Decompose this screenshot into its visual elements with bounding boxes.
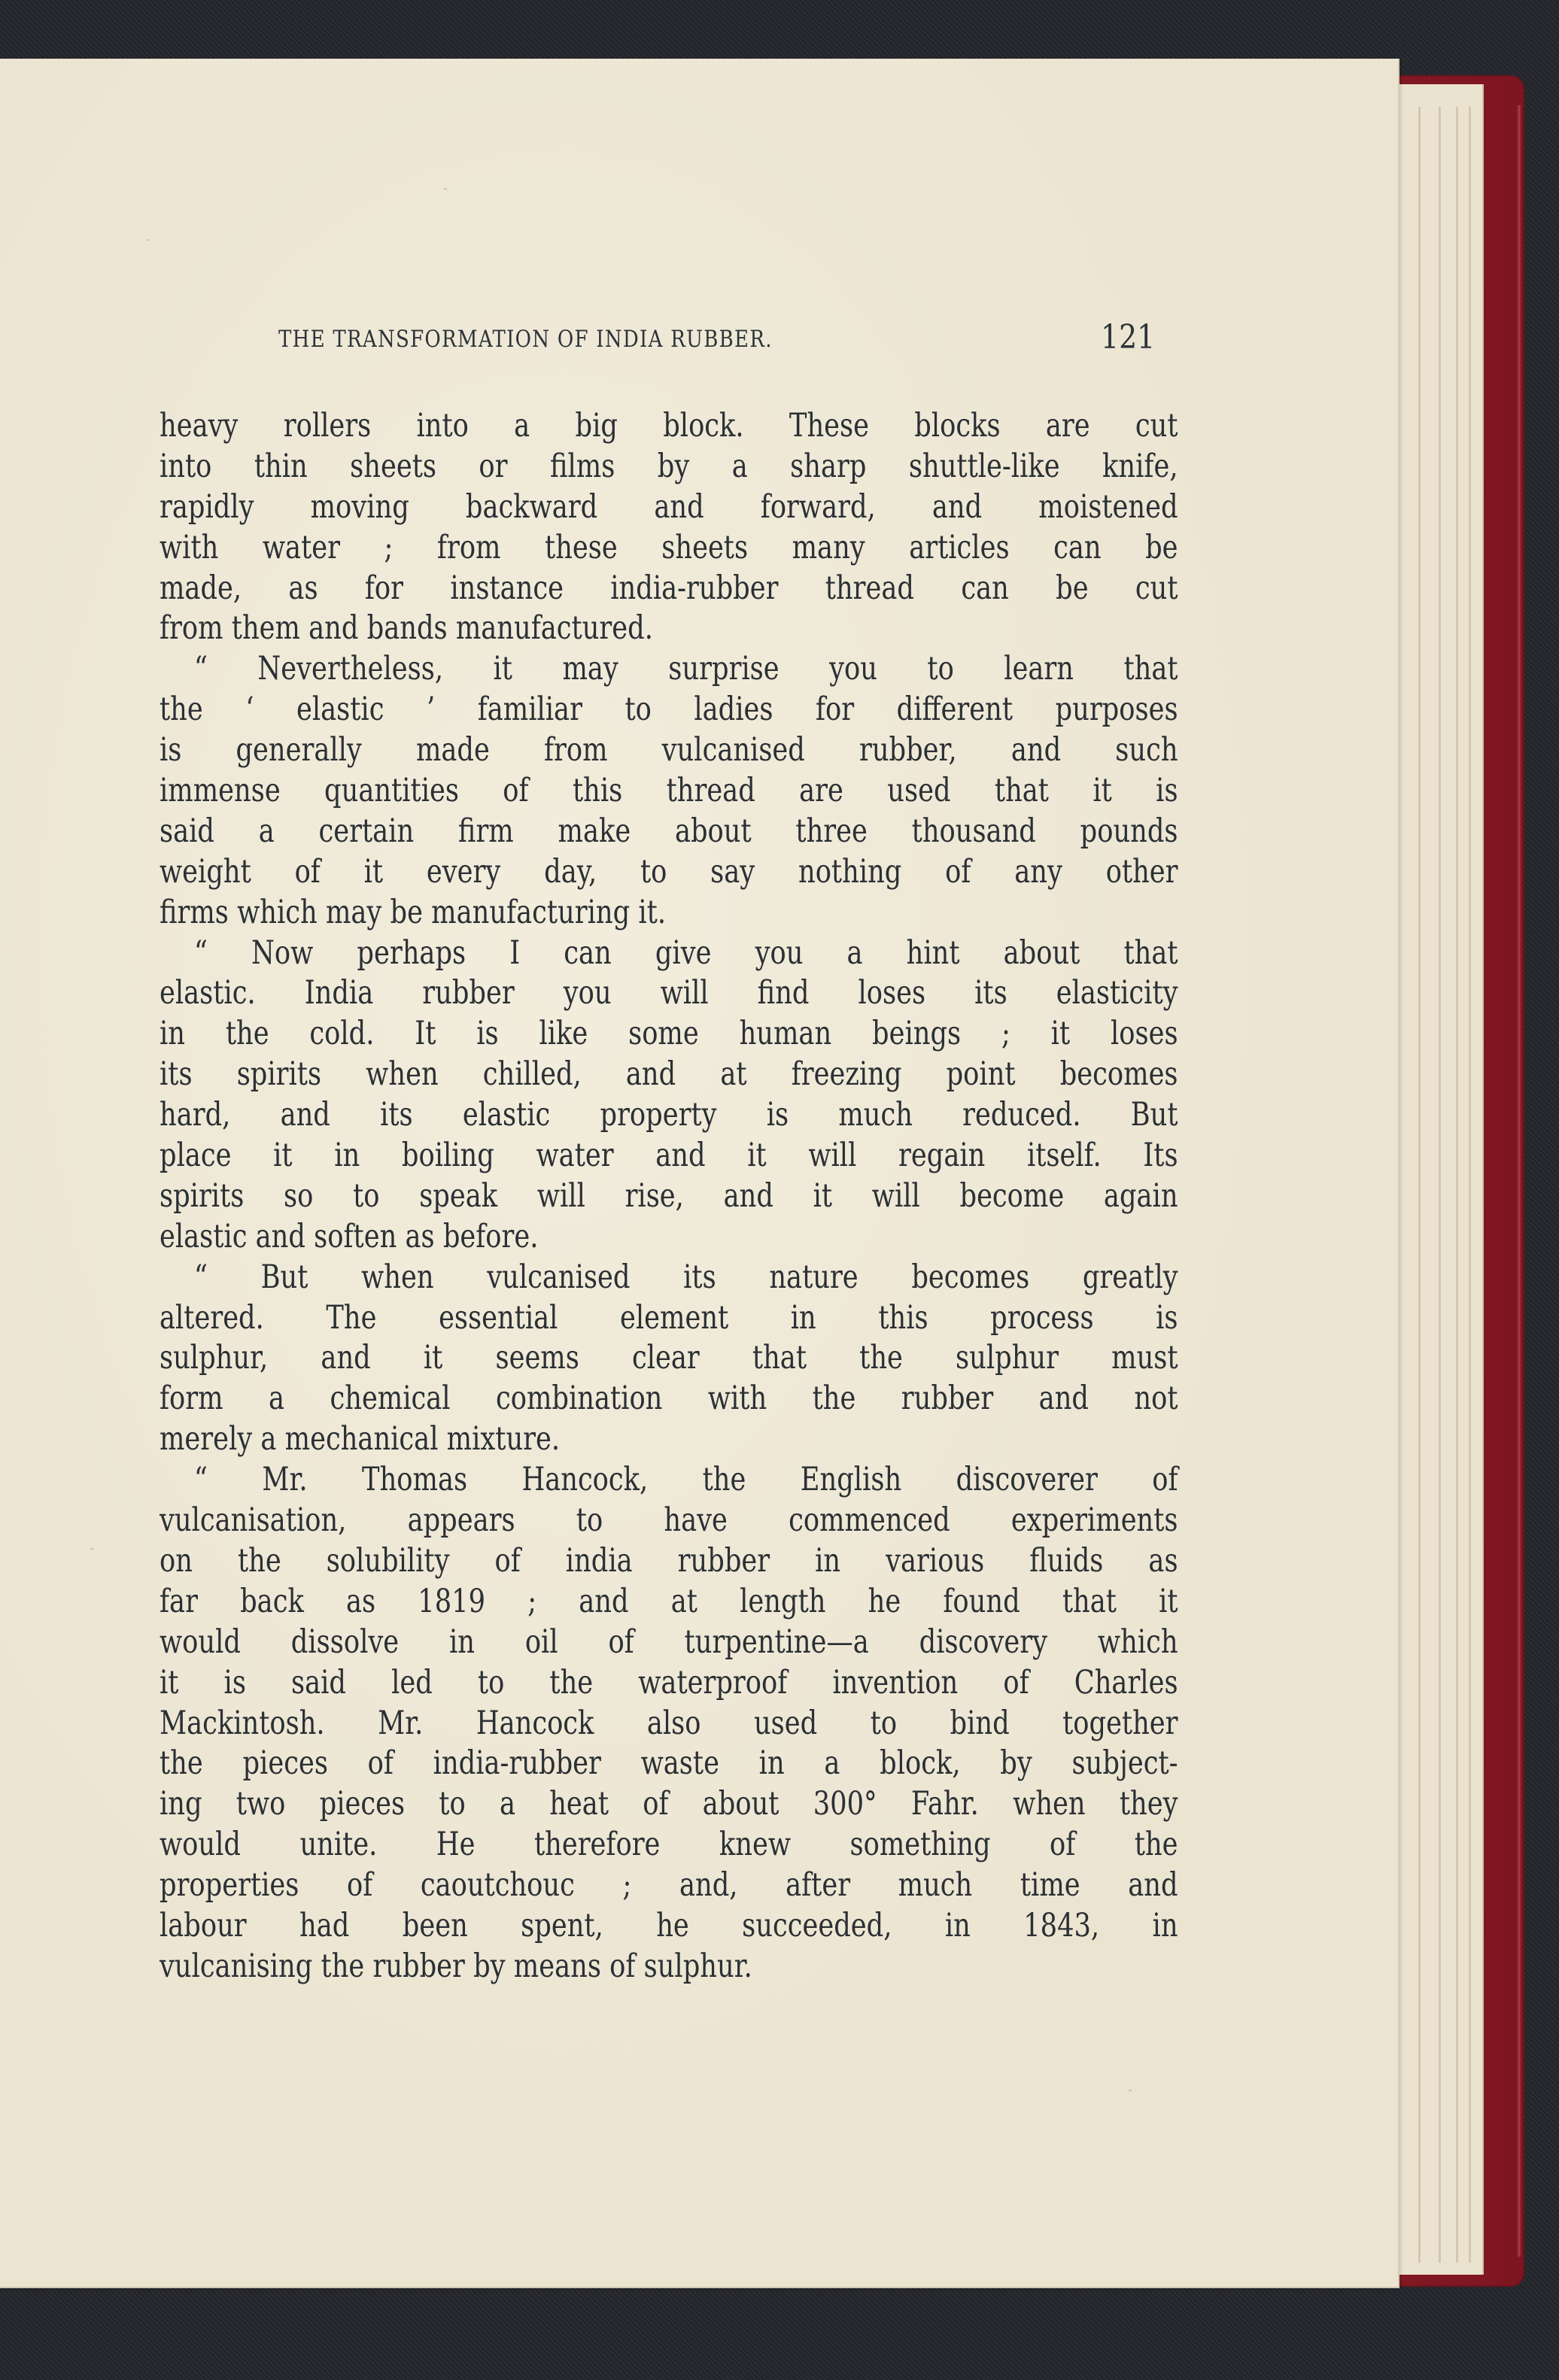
text-line: elastic. India rubber you will find lose… <box>160 973 1178 1014</box>
text-line: immense quantities of this thread are us… <box>160 771 1178 812</box>
paragraph: “ But when vulcanised its nature becomes… <box>160 1258 1178 1460</box>
text-line: said a certain firm make about three tho… <box>160 812 1178 852</box>
running-head: THE TRANSFORMATION OF INDIA RUBBER. 121 <box>278 318 1181 363</box>
text-line: into thin sheets or films by a sharp shu… <box>160 447 1178 487</box>
text-line: Mackintosh. Mr. Hancock also used to bin… <box>160 1704 1178 1744</box>
text-line: altered. The essential element in this p… <box>160 1298 1178 1339</box>
text-line: weight of it every day, to say nothing o… <box>160 852 1178 893</box>
text-line: firms which may be manufacturing it. <box>160 893 1178 933</box>
text-line: the pieces of india-rubber waste in a bl… <box>160 1744 1178 1784</box>
text-line: heavy rollers into a big block. These bl… <box>160 406 1178 447</box>
text-line: vulcanising the rubber by means of sulph… <box>160 1947 1178 1987</box>
page-number: 121 <box>1101 318 1155 357</box>
page-edge-line <box>1418 107 1421 2263</box>
paper-speck <box>90 1548 93 1550</box>
paper-speck <box>1129 2090 1132 2091</box>
text-line: with water ; from these sheets many arti… <box>160 528 1178 569</box>
text-line: it is said led to the waterproof inventi… <box>160 1663 1178 1704</box>
text-line: merely a mechanical mixture. <box>160 1419 1178 1460</box>
text-line: properties of caoutchouc ; and, after mu… <box>160 1865 1178 1906</box>
text-line: “ Nevertheless, it may surprise you to l… <box>160 649 1178 690</box>
text-line: spirits so to speak will rise, and it wi… <box>160 1176 1178 1217</box>
text-line: hard, and its elastic property is much r… <box>160 1095 1178 1136</box>
running-title: THE TRANSFORMATION OF INDIA RUBBER. <box>278 326 773 353</box>
text-line: vulcanisation, appears to have commenced… <box>160 1501 1178 1541</box>
text-line: the ‘ elastic ’ familiar to ladies for d… <box>160 690 1178 730</box>
text-line: made, as for instance india-rubber threa… <box>160 569 1178 609</box>
text-line: in the cold. It is like some human being… <box>160 1014 1178 1055</box>
body-text: heavy rollers into a big block. These bl… <box>160 406 1178 1987</box>
page-edge-line <box>1439 107 1441 2263</box>
text-line: on the solubility of india rubber in var… <box>160 1541 1178 1582</box>
text-line: form a chemical combination with the rub… <box>160 1379 1178 1419</box>
book-page: THE TRANSFORMATION OF INDIA RUBBER. 121 … <box>0 59 1399 2288</box>
paragraph: “ Now perhaps I can give you a hint abou… <box>160 933 1178 1258</box>
paragraph: “ Mr. Thomas Hancock, the English discov… <box>160 1460 1178 1987</box>
text-line: labour had been spent, he succeeded, in … <box>160 1906 1178 1947</box>
text-line: would unite. He therefore knew something… <box>160 1825 1178 1865</box>
text-line: sulphur, and it seems clear that the sul… <box>160 1338 1178 1379</box>
paper-speck <box>147 239 150 241</box>
text-line: ing two pieces to a heat of about 300° F… <box>160 1784 1178 1825</box>
text-line: “ But when vulcanised its nature becomes… <box>160 1258 1178 1298</box>
paragraph: heavy rollers into a big block. These bl… <box>160 406 1178 649</box>
text-line: far back as 1819 ; and at length he foun… <box>160 1582 1178 1623</box>
page-edge-line <box>1469 107 1471 2263</box>
text-line: “ Mr. Thomas Hancock, the English discov… <box>160 1460 1178 1501</box>
text-line: its spirits when chilled, and at freezin… <box>160 1055 1178 1095</box>
text-line: place it in boiling water and it will re… <box>160 1136 1178 1176</box>
text-line: “ Now perhaps I can give you a hint abou… <box>160 933 1178 974</box>
paper-speck <box>444 188 447 190</box>
text-line: is generally made from vulcanised rubber… <box>160 730 1178 771</box>
paragraph: “ Nevertheless, it may surprise you to l… <box>160 649 1178 933</box>
page-edge-line <box>1456 107 1458 2263</box>
text-line: would dissolve in oil of turpentine—a di… <box>160 1623 1178 1663</box>
cover-edge-highlight <box>1517 105 1521 2257</box>
text-line: from them and bands manufactured. <box>160 609 1178 649</box>
text-line: rapidly moving backward and forward, and… <box>160 487 1178 528</box>
text-line: elastic and soften as before. <box>160 1217 1178 1258</box>
